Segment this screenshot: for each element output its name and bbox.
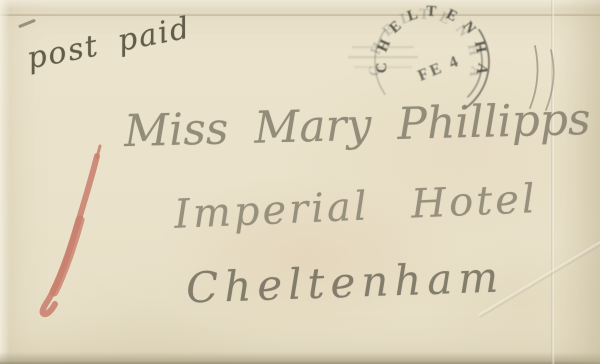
pen-flourish [522,40,566,115]
postmark-date: FE 4 [416,52,464,84]
paper-edge-bottom [0,352,600,364]
paper-edge-left [0,0,10,364]
post-paid-manuscript: post paid [24,10,194,76]
envelope: post paid CHELTENHAM [0,0,600,364]
address-line-recipient: Miss Mary Phillipps [123,94,591,157]
rate-mark-1: 1 [28,142,118,327]
address-line-town: Cheltenham [185,252,505,312]
address-line-street: Imperial Hotel [173,176,538,238]
pen-tick-mark [18,19,36,29]
